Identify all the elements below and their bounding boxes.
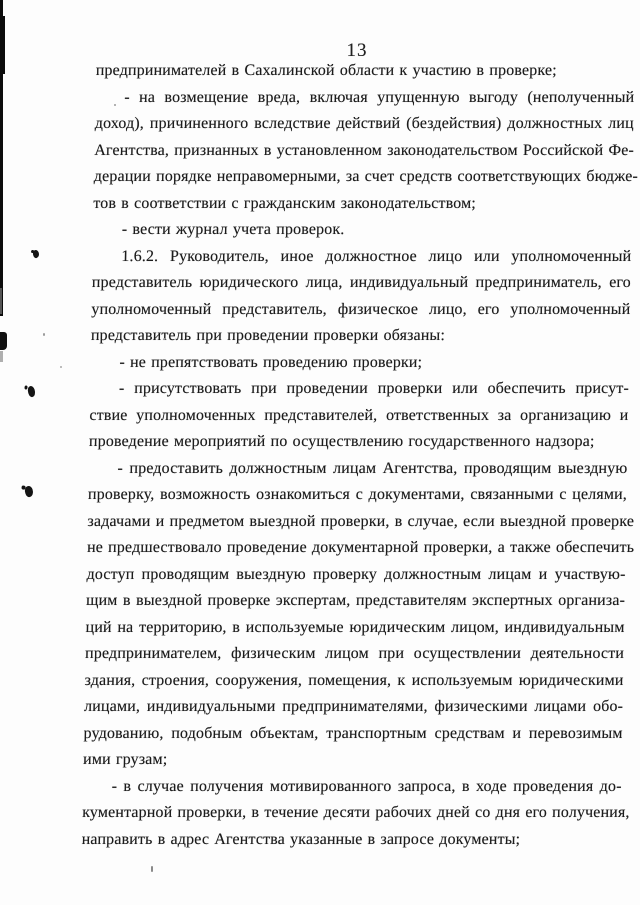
ink-blot xyxy=(26,385,36,398)
text-line: уполномоченный представитель, физическое… xyxy=(91,297,630,324)
text-line: - присутствовать при проведении проверки… xyxy=(90,376,629,403)
text-line: кументарной проверки, в течение десяти р… xyxy=(82,800,621,827)
text-line: - на возмещение вреда, включая упущенную… xyxy=(95,85,634,112)
scan-speck xyxy=(60,366,62,368)
text-line: Агентства, признанных в установленном за… xyxy=(94,138,633,165)
text-line: тов в соответствии с гражданским законод… xyxy=(93,191,632,218)
text-line: - вести журнал учета проверок. xyxy=(93,217,632,244)
text-line: ций на территорию, в используемые юридич… xyxy=(85,615,624,642)
text-line: задачами и предметом выездной проверки, … xyxy=(87,509,626,536)
text-line: проверку, возможность ознакомиться с док… xyxy=(88,482,627,509)
text-line: рудованию, подобным объектам, транспортн… xyxy=(83,721,622,748)
scan-speck xyxy=(114,104,116,106)
scan-speck xyxy=(163,338,165,340)
text-line: ими грузам; xyxy=(83,747,622,774)
text-line: не предшествовало проведение документарн… xyxy=(87,535,626,562)
text-line: щим в выездной проверке экспертам, предс… xyxy=(86,588,625,615)
text-line: дерации порядке неправомерными, за счет … xyxy=(94,164,633,191)
text-line: направить в адрес Агентства указанные в … xyxy=(81,827,620,854)
text-line: предпринимателем, физическим лицом при о… xyxy=(85,641,624,668)
text-line: - предоставить должностным лицам Агентст… xyxy=(88,456,627,483)
text-line: ствие уполномоченных представителей, отв… xyxy=(89,403,628,430)
scan-speck xyxy=(151,866,153,872)
scan-speck xyxy=(43,333,45,336)
text-line: - в случае получения мотивированного зап… xyxy=(82,774,621,801)
text-line: представитель юридического лица, индивид… xyxy=(92,270,631,297)
document-page: 13 предпринимателей в Сахалинской област… xyxy=(0,0,640,905)
text-line: проведение мероприятий по осуществлению … xyxy=(89,429,628,456)
text-line: 1.6.2. Руководитель, иное должностное ли… xyxy=(92,244,631,271)
text-line: доступ проводящим выездную проверку долж… xyxy=(86,562,625,589)
scan-edge-line xyxy=(0,0,3,316)
document-text: предпринимателей в Сахалинской области к… xyxy=(81,58,635,853)
text-line: представитель при проведении проверки об… xyxy=(91,323,630,350)
text-line: лицами, индивидуальными предпринимателям… xyxy=(84,694,623,721)
text-line: - не препятствовать проведению проверки; xyxy=(90,350,629,377)
text-line: предпринимателей в Сахалинской области к… xyxy=(96,58,635,85)
ink-blot xyxy=(23,485,34,498)
ink-blot xyxy=(32,249,40,258)
scan-edge-blob xyxy=(0,332,7,350)
text-line: здания, строения, сооружения, помещения,… xyxy=(84,668,623,695)
text-line: доход), причиненного вследствие действий… xyxy=(95,111,634,138)
